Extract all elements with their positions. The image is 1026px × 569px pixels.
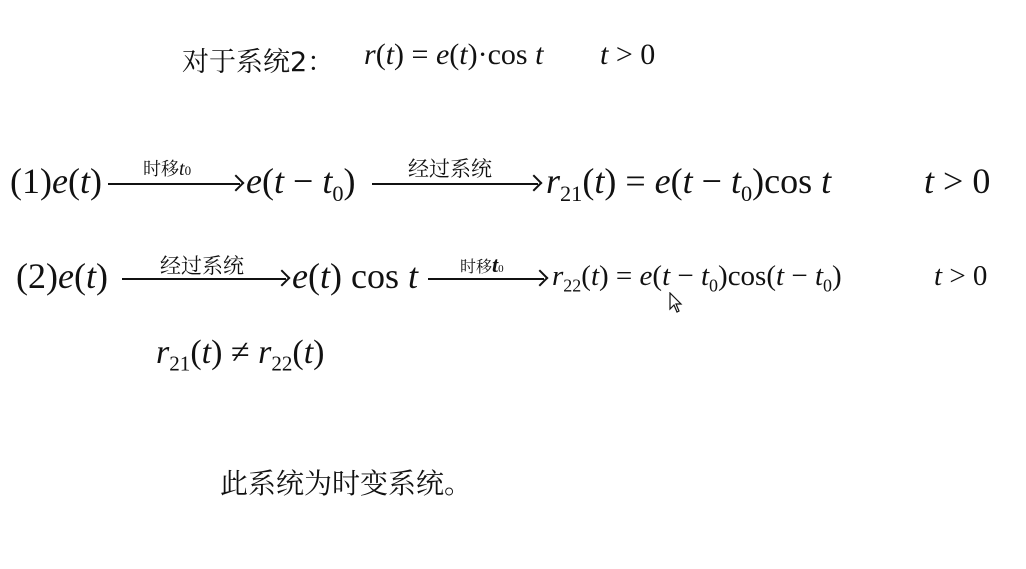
line2-arrow2 — [428, 278, 544, 280]
conclusion-text: 此系统为时变系统。 — [220, 462, 472, 502]
line1-arrow1 — [108, 183, 240, 185]
mouse-cursor-icon — [668, 292, 684, 319]
line1-arrow1-label: 时移t0 — [143, 155, 191, 181]
line2-arrow1-label: 经过系统 — [160, 250, 244, 280]
header-equation: r(t) = e(t)·cos t — [364, 38, 543, 72]
header-prefix: 对于系统2： — [182, 40, 334, 79]
line2-mid: e(t) cos t — [292, 255, 418, 297]
line2-result: r22(t) = e(t − t0)cos(t − t0) — [552, 260, 842, 296]
line1-arrow2 — [372, 183, 538, 185]
inequality: r21(t) ≠ r22(t) — [156, 334, 325, 376]
line2-arrow1 — [122, 278, 286, 280]
line2-condition: t > 0 — [934, 260, 987, 293]
line1-condition: t > 0 — [924, 160, 990, 202]
line1-start: (1)e(t) — [10, 160, 102, 202]
header-condition: t > 0 — [600, 38, 655, 72]
line2-arrow2-label: 时移t0 — [460, 252, 504, 278]
line1-mid: e(t − t0) — [246, 160, 355, 207]
line1-result: r21(t) = e(t − t0)cos t — [546, 160, 831, 207]
line2-start: (2)e(t) — [16, 255, 108, 297]
line1-arrow2-label: 经过系统 — [408, 153, 492, 183]
